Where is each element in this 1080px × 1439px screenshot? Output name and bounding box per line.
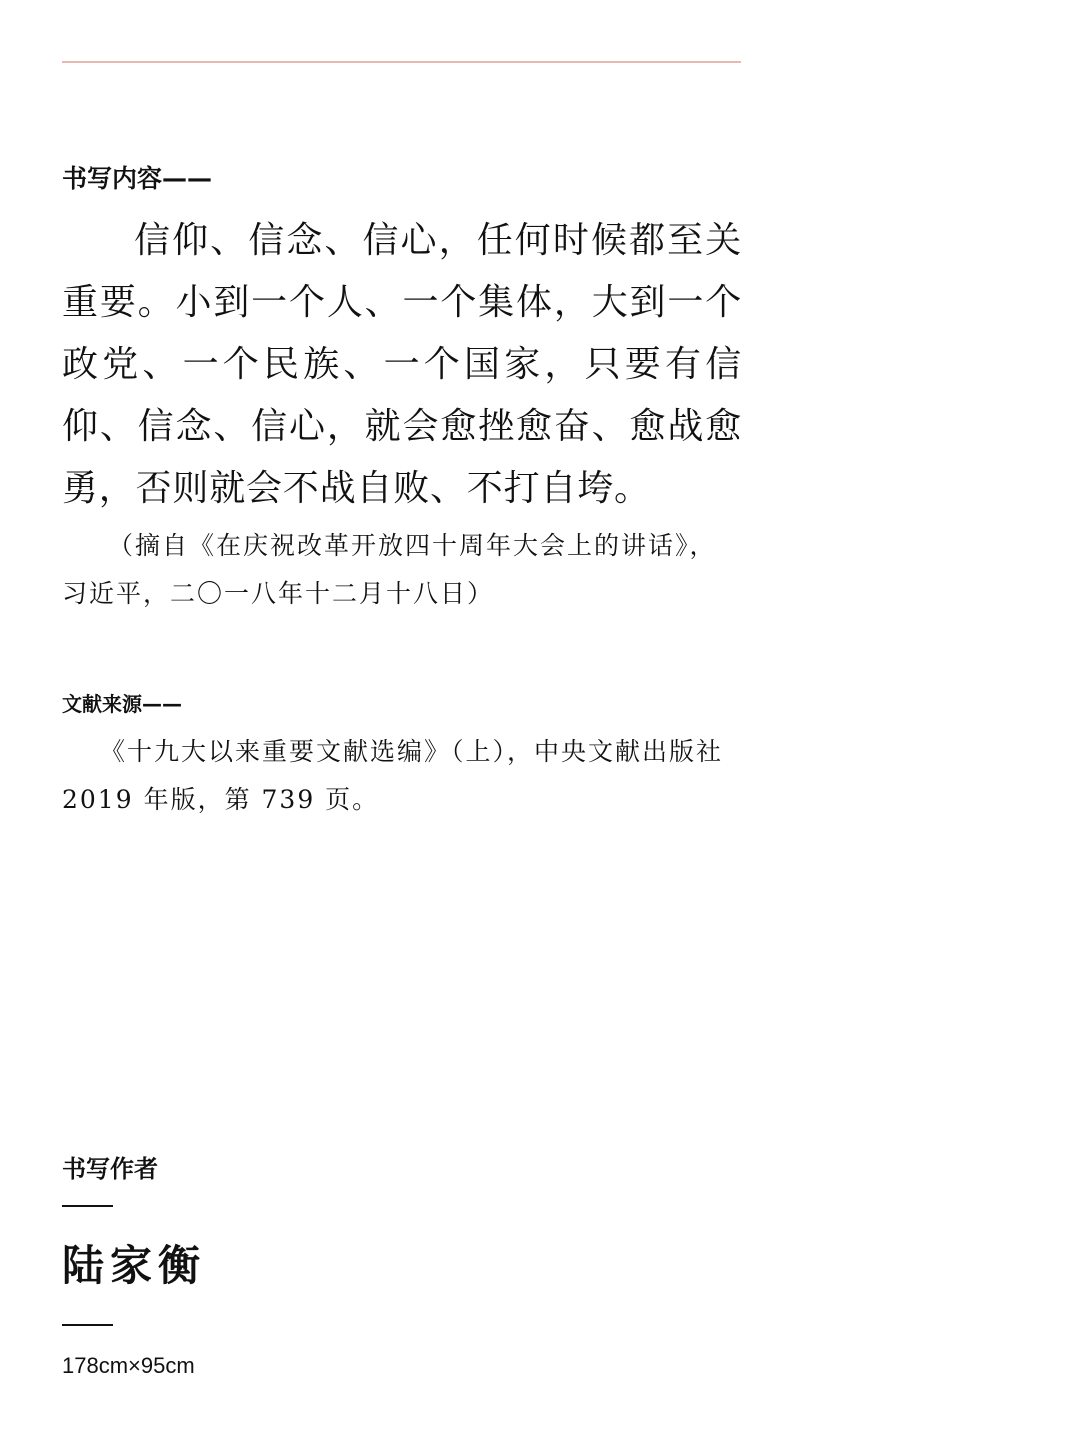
author-rule-bottom <box>62 1324 113 1326</box>
writing-content-label: 书写内容—— <box>62 162 212 196</box>
author-rule-top <box>62 1205 113 1207</box>
document-source-label: 文献来源—— <box>62 690 182 718</box>
document-source-text: 《十九大以来重要文献选编》（上），中央文献出版社 2019 年版，第 739 页… <box>62 728 742 824</box>
excerpt-citation: （摘自《在庆祝改革开放四十周年大会上的讲话》，习近平，二〇一八年十二月十八日） <box>62 522 742 618</box>
author-name: 陆家衡 <box>62 1236 206 1296</box>
top-divider <box>62 61 741 63</box>
author-label: 书写作者 <box>62 1152 158 1186</box>
artwork-dimensions: 178cm×95cm <box>62 1350 195 1382</box>
quote-text: 信仰、信念、信心，任何时候都至关重要。小到一个人、一个集体，大到一个政党、一个民… <box>62 210 742 520</box>
